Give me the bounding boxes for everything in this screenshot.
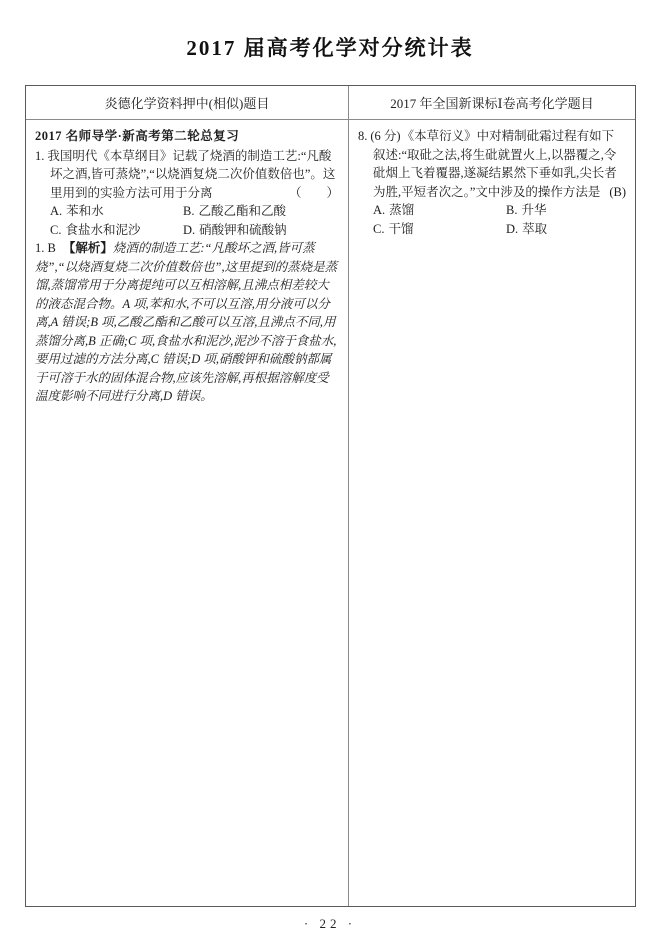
option-c: C.食盐水和泥沙 [50,221,183,240]
option-c-label: C. [373,222,384,236]
option-a-text: 苯和水 [66,204,104,218]
option-d: D.硝酸钾和硫酸钠 [183,221,339,240]
option-c-text: 食盐水和泥沙 [65,223,140,237]
option-a: A.蒸馏 [373,201,506,220]
question-1-options: A.苯和水 B.乙酸乙酯和乙酸 C.食盐水和泥沙 D.硝酸钾和硫酸钠 [35,202,339,239]
question-8: 8.(6 分)《本草衍义》中对精制砒霜过程有如下叙述:“取砒之法,将生砒就置火上… [358,127,626,201]
option-b-text: 乙酸乙酯和乙酸 [198,204,286,218]
option-d-text: 萃取 [522,222,547,236]
question-8-text: 《本草衍义》中对精制砒霜过程有如下叙述:“取砒之法,将生砒就置火上,以器覆之,令… [373,129,617,199]
option-a-text: 蒸馏 [389,203,414,217]
option-a: A.苯和水 [50,202,183,221]
question-8-score: (6 分) [370,129,400,143]
question-1: 1.我国明代《本草纲目》记载了烧酒的制造工艺:“凡酸坏之酒,皆可蒸烧”,“以烧酒… [35,147,339,203]
option-c-text: 干馏 [388,222,413,236]
option-b: B.乙酸乙酯和乙酸 [183,202,339,221]
option-d: D.萃取 [506,220,626,239]
option-b-text: 升华 [521,203,546,217]
option-b-label: B. [506,203,517,217]
table-header-right: 2017 年全国新课标Ⅰ卷高考化学题目 [349,86,635,120]
question-8-answer: (B) [609,183,626,202]
option-d-label: D. [183,223,195,237]
question-8-options: A.蒸馏 B.升华 C.干馏 D.萃取 [358,201,626,238]
option-b-label: B. [183,204,194,218]
answer-number: 1. B [35,241,56,255]
analysis-text: 烧酒的制造工艺:“凡酸坏之酒,皆可蒸烧”,“以烧酒复烧二次价值数倍也”,这里提到… [35,241,337,403]
page-title: 2017 届高考化学对分统计表 [0,32,660,62]
option-a-label: A. [373,203,385,217]
right-column-cell: 8.(6 分)《本草衍义》中对精制砒霜过程有如下叙述:“取砒之法,将生砒就置火上… [349,120,635,906]
question-8-number: 8. [358,129,367,143]
page-number: · 22 · [0,916,660,932]
left-column-cell: 2017 名师导学·新高考第二轮总复习 1.我国明代《本草纲目》记载了烧酒的制造… [26,120,349,906]
source-book-title: 2017 名师导学·新高考第二轮总复习 [35,127,339,146]
question-1-number: 1. [35,149,44,163]
option-b: B.升华 [506,201,626,220]
answer-explanation: 1. B【解析】烧酒的制造工艺:“凡酸坏之酒,皆可蒸烧”,“以烧酒复烧二次价值数… [35,239,339,406]
question-1-answer-bracket: （ ） [289,184,339,203]
analysis-label: 【解析】 [63,241,113,255]
comparison-table: 炎德化学资料押中(相似)题目 2017 年全国新课标Ⅰ卷高考化学题目 2017 … [25,85,636,907]
option-c: C.干馏 [373,220,506,239]
option-d-label: D. [506,222,518,236]
option-c-label: C. [50,223,61,237]
option-a-label: A. [50,204,62,218]
table-header-left: 炎德化学资料押中(相似)题目 [26,86,349,120]
option-d-text: 硝酸钾和硫酸钠 [199,223,287,237]
